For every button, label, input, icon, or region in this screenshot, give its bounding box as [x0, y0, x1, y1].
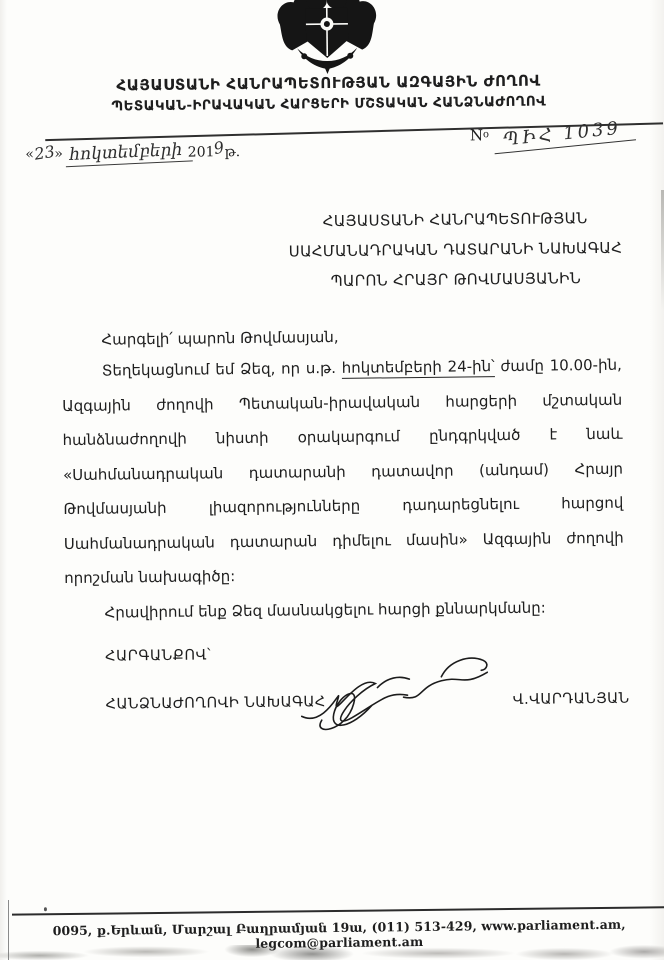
invitation-paragraph: Հրավիրում ենք Ձեզ մասնակցելու հարցի քննա…	[64, 589, 624, 630]
org-name-line2: ՊԵՏԱԿԱՆ-ԻՐԱՎԱԿԱՆ ՀԱՐՑԵՐԻ ՄՇՏԱԿԱՆ ՀԱՆՁՆԱԺ…	[0, 92, 661, 116]
closing-name: Վ.ՎԱՐԴԱՆՅԱՆ	[513, 691, 630, 708]
number-value-handwritten: ՊԻՀ 1039	[492, 116, 636, 154]
handwritten-signature-icon	[291, 642, 512, 736]
closing-respect: ՀԱՐԳԱՆՔՈՎ՝	[105, 647, 211, 664]
scan-noise-strip	[0, 945, 664, 960]
addressee-line-court-president: ՍԱՀՄԱՆԱԴՐԱԿԱՆ ԴԱՏԱՐԱՆԻ ՆԱԽԱԳԱՀ	[286, 233, 624, 267]
number-label-o: o	[483, 129, 489, 140]
date-day-handwritten: 23	[33, 142, 56, 164]
body-continuation: ժամը 10.00-ին, Ազգային ժողովի Պետական-իր…	[62, 356, 624, 587]
body-paragraph: Տեղեկացնում եմ Ձեզ, որ ս.թ. հոկտեմբերի 2…	[62, 348, 625, 596]
date-field: «23»հոկտեմբերի2019թ.	[25, 141, 240, 165]
org-name-line1: ՀԱՅԱՍՏԱՆԻ ՀԱՆՐԱՊԵՏՈՒԹՅԱՆ ԱԶԳԱՅԻՆ ԺՈՂՈՎ	[0, 70, 661, 96]
date-suffix: թ.	[225, 144, 241, 160]
body-intro: Տեղեկացնում եմ Ձեզ, որ ս.թ.	[102, 359, 342, 380]
underlined-date-phrase: հոկտեմբերի 24-ին՝	[342, 357, 495, 379]
number-label-n: N	[470, 126, 483, 144]
letter-body: Հարգելի՛ պարոն Թովմասյան, Տեղեկացնում եմ…	[61, 323, 624, 630]
addressee-line-name: ՊԱՐՈՆ ՀՐԱՅՐ ԹՈՎՄԱՍՅԱՆԻՆ	[287, 263, 625, 297]
scanned-letter-page: ՀԱՅԱՍՏԱՆԻ ՀԱՆՐԱՊԵՏՈՒԹՅԱՆ ԱԶԳԱՅԻՆ ԺՈՂՈՎ Պ…	[0, 0, 664, 960]
addressee-block: ՀԱՅԱՍՏԱՆԻ ՀԱՆՐԱՊԵՏՈՒԹՅԱՆ ՍԱՀՄԱՆԱԴՐԱԿԱՆ Դ…	[286, 203, 625, 297]
footer-divider	[12, 906, 664, 916]
date-month-handwritten: հոկտեմբերի	[64, 139, 192, 167]
addressee-line-republic: ՀԱՅԱՍՏԱՆԻ ՀԱՆՐԱՊԵՏՈՒԹՅԱՆ	[286, 203, 624, 237]
date-year-digit-handwritten: 9	[212, 138, 226, 159]
scan-speck	[44, 907, 47, 911]
scan-tilt-wrapper: ՀԱՅԱՍՏԱՆԻ ՀԱՆՐԱՊԵՏՈՒԹՅԱՆ ԱԶԳԱՅԻՆ ԺՈՂՈՎ Պ…	[0, 0, 664, 960]
salutation: Հարգելի՛ պարոն Թովմասյան,	[101, 323, 621, 351]
letterhead: ՀԱՅԱՍՏԱՆԻ ՀԱՆՐԱՊԵՏՈՒԹՅԱՆ ԱԶԳԱՅԻՆ ԺՈՂՈՎ Պ…	[0, 70, 661, 116]
document-number-field: NoՊԻՀ 1039	[470, 123, 636, 149]
number-label: No	[470, 126, 489, 144]
coat-of-arms-icon	[264, 0, 391, 77]
